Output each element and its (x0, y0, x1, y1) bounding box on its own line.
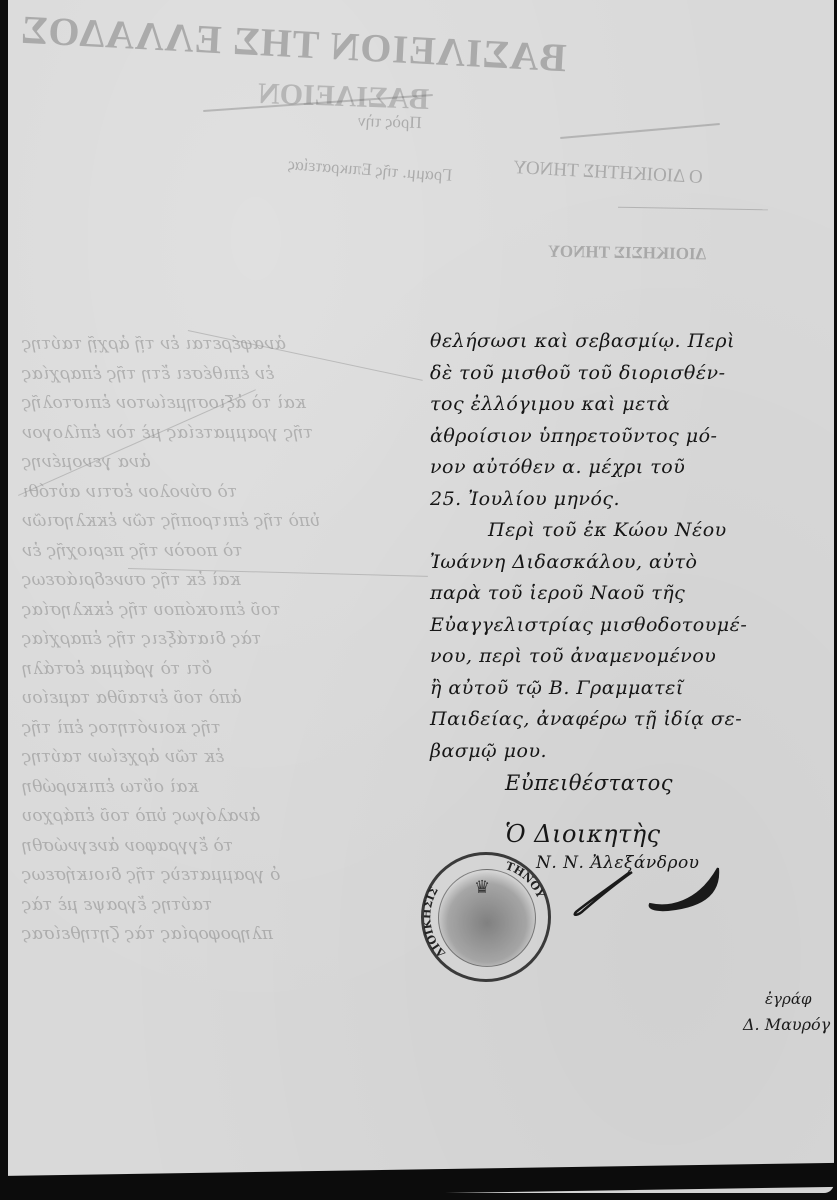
bleed-line-2: Γραμμ. τῆς Επικρατείας (288, 154, 453, 185)
body-line: δὲ τοῦ μισθοῦ τοῦ διορισθέν- (430, 358, 747, 390)
bleed-rule (560, 123, 720, 139)
seal-ring-text: ΔΙΟΙΚΗΣΙΣ ΤΗΝΟΥ (424, 855, 548, 979)
body-line: νου, περὶ τοῦ ἀναμενομένου (430, 641, 747, 673)
body-line: Παιδείας, ἀναφέρω τῇ ἰδίᾳ σε- (430, 704, 747, 736)
bleed-rule (618, 207, 768, 211)
bleed-script-line: ἀπὸ τοῦ ἐνταῦθα ταμείου (22, 684, 402, 714)
body-line: Ἰωάννη Διδασκάλου, αὐτὸ (430, 547, 747, 579)
scan-border-left (0, 0, 8, 1200)
bleed-script-line: πληροφορίας τὰς ζητηθείσας (22, 920, 402, 950)
bleed-script-line: τοῦ ἐπισκόπου τῆς ἐκκλησίας (22, 596, 402, 626)
bleed-script-line: τὸ ποσὸν τῆς περιοχῆς ἐν (22, 537, 402, 567)
bleed-script-line: ταύτης ἔγραψε μὲ τὰς (22, 891, 402, 921)
bleed-line-4: ΔΙΟΙΚΗΣΙΣ ΤΗΝΟΥ (548, 242, 707, 265)
bleed-script-line: ἐκ τῶν ἀρχείων ταύτης (22, 743, 402, 773)
svg-text:ΤΗΝΟΥ: ΤΗΝΟΥ (504, 859, 547, 900)
bleed-script-line: καὶ οὕτω ἐπικυρώθη (22, 773, 402, 803)
body-line: θελήσωσι καὶ σεβασμίῳ. Περὶ (430, 326, 747, 358)
bleed-script-line: ἀναλόγως ὑπὸ τοῦ ἐπάρχου (22, 802, 402, 832)
body-line: ἢ αὐτοῦ τῷ Β. Γραμματεῖ (430, 673, 747, 705)
body-line: Εὐαγγελιστρίας μισθοδοτουμέ- (430, 610, 747, 642)
svg-text:ΔΙΟΙΚΗΣΙΣ: ΔΙΟΙΚΗΣΙΣ (424, 885, 448, 960)
bleed-script-line: ἀνα γενομένης (22, 448, 402, 478)
bleed-letterhead-title: ΒΑΣΙΛΕΙΟΝ ΤΗΣ ΕΛΛΑΔΟΣ (19, 6, 567, 82)
marginal-note-line-1: ἐγράφ (765, 990, 811, 1008)
closing-salutation: Εὐπειθέστατος (505, 771, 673, 795)
body-line: νον αὐτόθεν α. μέχρι τοῦ (430, 452, 747, 484)
bleed-script-line: καὶ τὸ ἀξιοσημείωτον ἐπιστολῆς (22, 389, 402, 419)
bleed-through-script: ἀναφέρεται ἐν τῇ ἀρχῇ ταύτης ἐν ἐπιθέσει… (22, 330, 402, 950)
signature-flourish-icon (568, 860, 738, 920)
bleed-script-line: ὁ γραμματεὺς τῆς διοικήσεως (22, 861, 402, 891)
bleed-script-line: τῆς γραμματείας μὲ τὸν ἐπίλογον (22, 419, 402, 449)
bleed-script-line: ὅτι τὸ γράμμα ἐστάλη (22, 655, 402, 685)
marginal-note-line-2: Δ. Μαυρόγ (743, 1015, 830, 1034)
bleed-line-1: Πρὸς τὴν (358, 111, 422, 133)
bleed-script-line: τὸ ἔγγραφον ἀνεγνώσθη (22, 832, 402, 862)
bleed-script-line: τὸ σύνολον ἐστιν αὐτόθι (22, 478, 402, 508)
body-line: τος ἐλλόγιμου καὶ μετὰ (430, 389, 747, 421)
document-page: ΒΑΣΙΛΕΙΟΝ ΤΗΣ ΕΛΛΑΔΟΣ ΒΑΣΙΛΕΙΟΝ Πρὸς τὴν… (8, 0, 834, 1193)
body-line: ἀθροίσιον ὑπηρετοῦντος μό- (430, 421, 747, 453)
letter-body: θελήσωσι καὶ σεβασμίῳ. Περὶ δὲ τοῦ μισθο… (430, 326, 747, 767)
seal-text-left: ΔΙΟΙΚΗΣΙΣ (424, 885, 448, 960)
body-line: 25. Ἰουλίου μηνός. (430, 484, 747, 516)
seal-text-right: ΤΗΝΟΥ (504, 859, 547, 900)
bleed-script-line: τὰς διατάξεις τῆς ἐπαρχίας (22, 625, 402, 655)
signature-title: Ὁ Διοικητὴς (505, 820, 661, 848)
body-line: Περὶ τοῦ ἐκ Κώου Νέου (430, 515, 747, 547)
official-seal: ♛ ΔΙΟΙΚΗΣΙΣ ΤΗΝΟΥ (421, 852, 551, 982)
body-line: βασμῷ μου. (430, 736, 747, 768)
bleed-line-3: Ο ΔΙΟΙΚΗΤΗΣ ΤΗΝΟΥ (513, 157, 704, 189)
bleed-script-line: τῆς κοινότητος ἐπὶ τῆς (22, 714, 402, 744)
bleed-script-line: ὑπὸ τῆς ἐπιτροπῆς τῶν ἐκκλησιῶν (22, 507, 402, 537)
body-line: παρὰ τοῦ ἱεροῦ Ναοῦ τῆς (430, 578, 747, 610)
